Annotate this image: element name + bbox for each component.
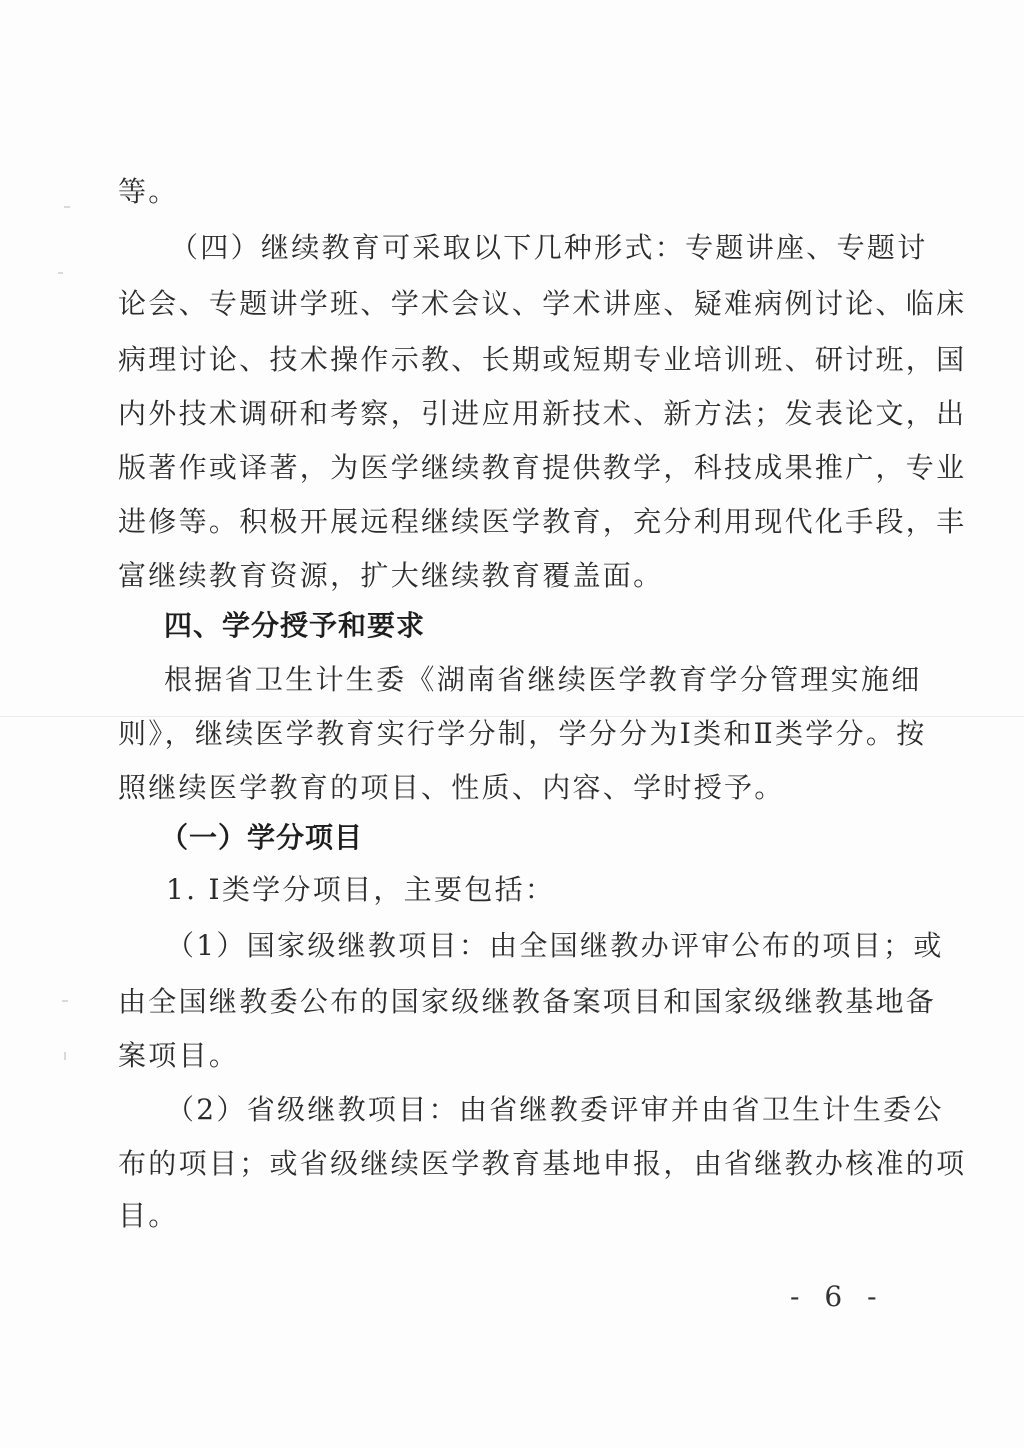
scan-speck [62,1000,68,1002]
paragraph-line: 论会、专题讲学班、学术会议、学术讲座、疑难病例讨论、临床 [118,284,893,324]
section-heading: 四、学分授予和要求 [164,606,939,646]
paragraph-line: 由全国继教委公布的国家级继教备案项目和国家级继教基地备 [118,982,893,1022]
subsection-heading: （一）学分项目 [160,818,935,858]
scan-speck [58,272,63,274]
paragraph-line: 内外技术调研和考察，引进应用新技术、新方法；发表论文，出 [118,394,893,434]
paragraph-line: （四）继续教育可采取以下几种形式：专题讲座、专题讨 [170,228,945,268]
paragraph-line: 等。 [118,172,893,212]
scan-speck [64,206,70,208]
paragraph-line: 进修等。积极开展远程继续医学教育，充分利用现代化手段，丰 [118,502,893,542]
list-item-title: 1. Ⅰ类学分项目，主要包括： [166,870,941,910]
paragraph-line: 则》，继续医学教育实行学分制，学分分为Ⅰ类和Ⅱ类学分。按 [118,714,893,754]
paragraph-line: 照继续医学教育的项目、性质、内容、学时授予。 [118,768,893,808]
paragraph-line: 目。 [118,1196,893,1236]
paragraph-line: （1）国家级继教项目：由全国继教办评审公布的项目；或 [166,926,941,966]
paragraph-line: 版著作或译著，为医学继续教育提供教学，科技成果推广，专业 [118,448,893,488]
document-page: 等。 （四）继续教育可采取以下几种形式：专题讲座、专题讨 论会、专题讲学班、学术… [0,0,1024,1448]
paragraph-line: 根据省卫生计生委《湖南省继续医学教育学分管理实施细 [164,660,939,700]
paragraph-line: 富继续教育资源，扩大继续教育覆盖面。 [118,556,893,596]
paragraph-line: 病理讨论、技术操作示教、长期或短期专业培训班、研讨班，国 [118,340,893,380]
paragraph-line: 案项目。 [118,1036,893,1076]
paragraph-line: 布的项目；或省级继续医学教育基地申报，由省继教办核准的项 [118,1144,893,1184]
page-number: - 6 - [790,1280,885,1313]
scan-speck [64,1052,66,1060]
paragraph-line: （2）省级继教项目：由省继教委评审并由省卫生计生委公 [166,1090,941,1130]
